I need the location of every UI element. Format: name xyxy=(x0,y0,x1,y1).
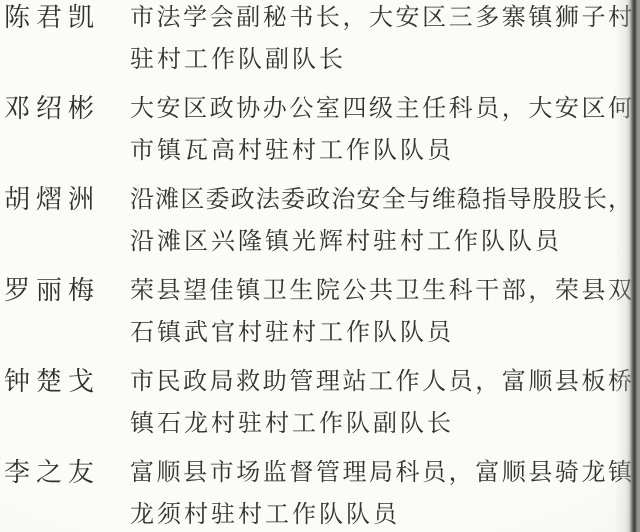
position-column: 富顺县市场监督管理局科员，富顺县骑龙镇 龙须村驻村工作队队员 xyxy=(130,452,634,532)
position-line-2: 石镇武官村驻村工作队队员 xyxy=(130,312,634,354)
position-line-2: 镇石龙村驻村工作队副队长 xyxy=(130,403,634,445)
name-column: 邓绍彬 xyxy=(0,88,130,130)
person-name: 邓绍彬 xyxy=(4,88,130,130)
roster-entry: 李之友 富顺县市场监督管理局科员，富顺县骑龙镇 龙须村驻村工作队队员 xyxy=(0,452,640,532)
person-name: 李之友 xyxy=(4,452,130,494)
position-column: 荣县望佳镇卫生院公共卫生科干部，荣县双 石镇武官村驻村工作队队员 xyxy=(130,270,634,354)
document-page: 陈君凯 市法学会副秘书长，大安区三多寨镇狮子村 驻村工作队副队长 邓绍彬 大安区… xyxy=(0,0,640,532)
personnel-roster: 陈君凯 市法学会副秘书长，大安区三多寨镇狮子村 驻村工作队副队长 邓绍彬 大安区… xyxy=(0,0,640,532)
name-column: 陈君凯 xyxy=(0,0,130,39)
person-name: 胡熠洲 xyxy=(4,179,130,221)
position-column: 大安区政协办公室四级主任科员，大安区何 市镇瓦高村驻村工作队队员 xyxy=(130,88,634,172)
position-line-1: 沿滩区委政法委政治安全与维稳指导股股长， xyxy=(130,179,632,221)
position-line-2: 驻村工作队副队长 xyxy=(130,39,634,81)
roster-entry: 邓绍彬 大安区政协办公室四级主任科员，大安区何 市镇瓦高村驻村工作队队员 xyxy=(0,88,640,172)
position-line-1: 大安区政协办公室四级主任科员，大安区何 xyxy=(130,88,632,130)
position-column: 市法学会副秘书长，大安区三多寨镇狮子村 驻村工作队副队长 xyxy=(130,0,634,81)
position-line-1: 荣县望佳镇卫生院公共卫生科干部，荣县双 xyxy=(130,270,632,312)
name-column: 钟楚戈 xyxy=(0,361,130,403)
person-name: 陈君凯 xyxy=(4,0,130,39)
person-name: 罗丽梅 xyxy=(4,270,130,312)
position-column: 沿滩区委政法委政治安全与维稳指导股股长， 沿滩区兴隆镇光辉村驻村工作队队员 xyxy=(130,179,634,263)
roster-entry: 陈君凯 市法学会副秘书长，大安区三多寨镇狮子村 驻村工作队副队长 xyxy=(0,0,640,81)
position-line-1: 市民政局救助管理站工作人员，富顺县板桥 xyxy=(130,361,632,403)
name-column: 胡熠洲 xyxy=(0,179,130,221)
name-column: 李之友 xyxy=(0,452,130,494)
roster-entry: 钟楚戈 市民政局救助管理站工作人员，富顺县板桥 镇石龙村驻村工作队副队长 xyxy=(0,361,640,445)
position-line-2: 市镇瓦高村驻村工作队队员 xyxy=(130,130,634,172)
roster-entry: 胡熠洲 沿滩区委政法委政治安全与维稳指导股股长， 沿滩区兴隆镇光辉村驻村工作队队… xyxy=(0,179,640,263)
name-column: 罗丽梅 xyxy=(0,270,130,312)
position-column: 市民政局救助管理站工作人员，富顺县板桥 镇石龙村驻村工作队副队长 xyxy=(130,361,634,445)
position-line-1: 富顺县市场监督管理局科员，富顺县骑龙镇 xyxy=(130,452,632,494)
position-line-2: 龙须村驻村工作队队员 xyxy=(130,494,634,532)
roster-entry: 罗丽梅 荣县望佳镇卫生院公共卫生科干部，荣县双 石镇武官村驻村工作队队员 xyxy=(0,270,640,354)
position-line-2: 沿滩区兴隆镇光辉村驻村工作队队员 xyxy=(130,221,634,263)
person-name: 钟楚戈 xyxy=(4,361,130,403)
position-line-1: 市法学会副秘书长，大安区三多寨镇狮子村 xyxy=(130,0,632,39)
